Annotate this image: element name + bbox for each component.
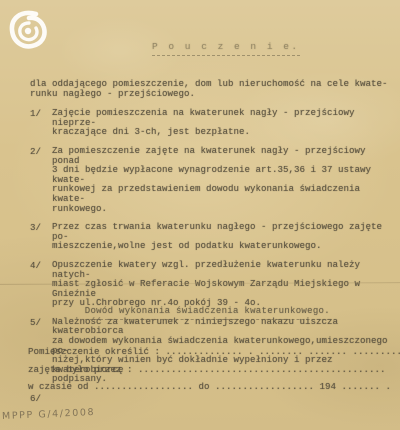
list-item: 4/ Opuszczenie kwatery wzgl. przedłużeni…	[30, 261, 390, 309]
quartering-proof-form: Pomieszczenie określić : .............. …	[28, 344, 392, 397]
item-number: 4/	[30, 261, 52, 309]
item-text: Opuszczenie kwatery wzgl. przedłużenie k…	[52, 261, 390, 309]
list-item: 3/ Przez czas trwania kwaterunku nagłego…	[30, 223, 390, 252]
item-text: Za pomieszczenie zajęte na kwaterunek na…	[52, 147, 390, 214]
handwritten-catalog-number: MPPP G/4/2008	[2, 407, 96, 422]
item-text: Przez czas trwania kwaterunku nagłego - …	[52, 223, 390, 252]
form-line-occupied-by: zajęte było przez : ....................…	[28, 362, 392, 380]
form-line-premises: Pomieszczenie określić : .............. …	[28, 344, 392, 362]
item-number: 2/	[30, 147, 52, 214]
list-item: 2/ Za pomieszczenie zajęte na kwaterunek…	[30, 147, 390, 214]
item-number: 1/	[30, 109, 52, 138]
document-scan: P o u c z e n i e. dla oddającego pomies…	[0, 0, 400, 430]
page-title: P o u c z e n i e.	[152, 41, 300, 56]
section-subheading: Dowód wykonania świadczenia kwaterunkowe…	[85, 306, 330, 320]
spiral-watermark-icon	[8, 9, 48, 51]
intro-paragraph: dla oddającego pomieszczenie, dom lub ni…	[30, 80, 390, 99]
form-line-date-range: w czasie od .................. do ......…	[28, 379, 392, 397]
item-number: 3/	[30, 223, 52, 252]
item-text: Zajęcie pomieszczenia na kwaterunek nagł…	[52, 109, 390, 138]
list-item: 1/ Zajęcie pomieszczenia na kwaterunek n…	[30, 109, 390, 138]
